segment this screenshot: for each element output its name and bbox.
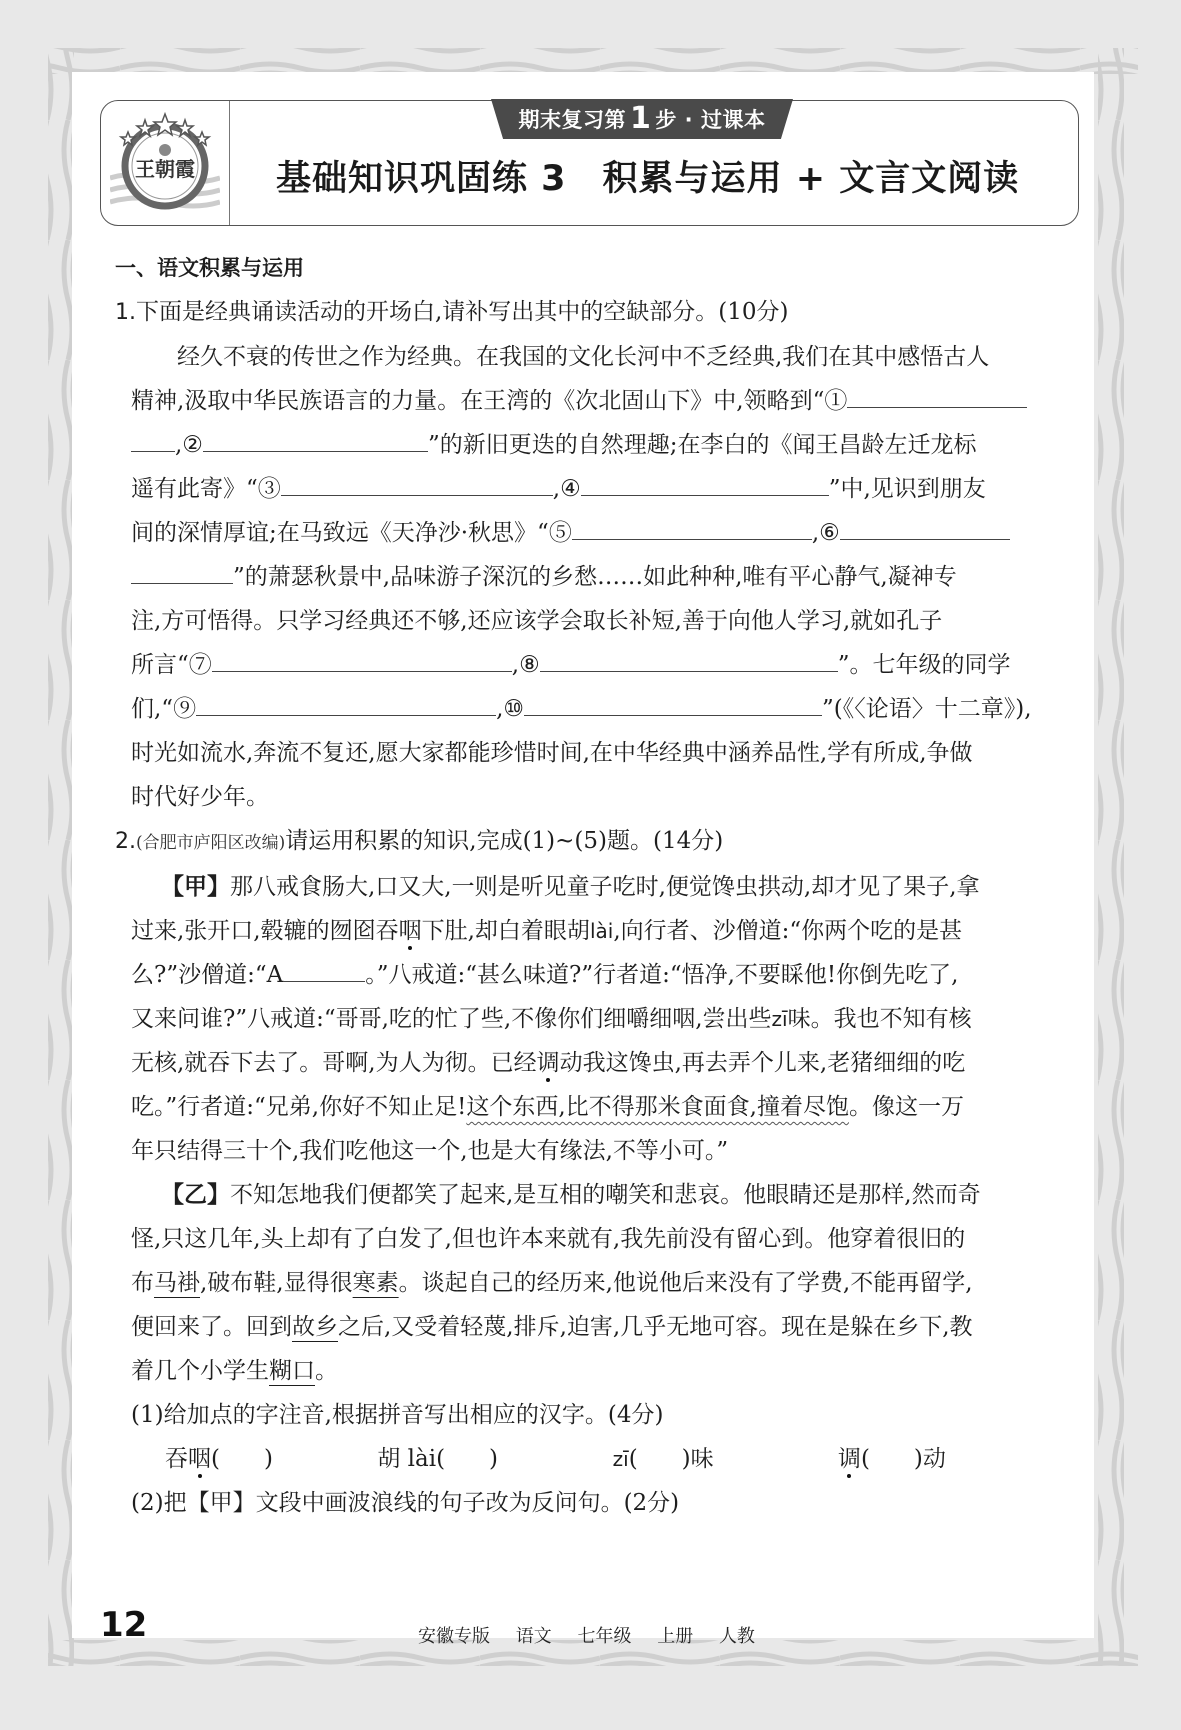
underlined-word: 寒素	[353, 1270, 399, 1296]
passage-text: 过来,张开口,毂辘的囫囵吞	[131, 918, 399, 944]
passage-text: 动我这馋虫,再去弄个儿来,老猪细细的吃	[560, 1050, 966, 1076]
answer-blank-6-cont[interactable]	[131, 555, 233, 584]
answer-blank-5[interactable]	[572, 511, 812, 540]
passage-line: ”。七年级的同学	[838, 652, 1011, 678]
passage-text: ,破布鞋,显得很	[200, 1270, 353, 1296]
title-topic: 积累与运用 + 文言文阅读	[603, 159, 1020, 199]
answer-blank-1[interactable]	[847, 379, 1027, 408]
question-prompt: 下面是经典诵读活动的开场白,请补写出其中的空缺部分。(10分)	[136, 299, 789, 325]
volume-label: 上册	[657, 1626, 693, 1647]
passage-line: 精神,汲取中华民族语言的力量。在王湾的《次北固山下》中,领略到“①	[131, 388, 847, 414]
subquestion-2-prompt: (2)把【甲】文段中画波浪线的句子改为反问句。(2分)	[115, 1481, 1080, 1525]
logo-emblem-icon: 王朝霞	[110, 108, 220, 218]
question-prompt: 请运用积累的知识,完成(1)~(5)题。(14分)	[285, 828, 723, 854]
page-title: 基础知识巩固练 3积累与运用 + 文言文阅读	[276, 151, 1066, 201]
question-source: (合肥市庐阳区改编)	[136, 833, 285, 853]
badge-prefix: 期末复习第	[519, 104, 627, 134]
passage-text: 味。我也不知有核	[788, 1006, 972, 1032]
passage-line: 怪,只这几年,头上却有了白发了,但也许本来就有,我先前没有留心到。他穿着很旧的	[115, 1217, 1080, 1261]
grade-label: 七年级	[577, 1626, 631, 1647]
answer-blank-a[interactable]	[283, 953, 365, 982]
passage-line: ”的新旧更迭的自然理趣;在李白的《闻王昌龄左迁龙标	[428, 432, 977, 458]
passage-text: 着几个小学生	[131, 1358, 269, 1384]
fill-item-4: 调()动	[838, 1437, 946, 1481]
passage-line: ”中,见识到朋友	[829, 476, 986, 502]
passage-line: 不知怎地我们便都笑了起来,是互相的嘲笑和悲哀。他眼睛还是那样,然而奇	[230, 1182, 981, 1208]
passage-line: 们,“⑨	[131, 696, 196, 722]
header-banner: 王朝霞 期末复习第 1 步 · 过课本 基础知识巩固练 3积累与运用 + 文言文…	[100, 100, 1079, 226]
blank-label-8: ,⑧	[512, 652, 540, 678]
fill-item-3: zī()味	[613, 1437, 831, 1481]
passage-text: 。像这一万	[849, 1094, 964, 1120]
review-step-badge: 期末复习第 1 步 · 过课本	[491, 99, 793, 139]
dotted-char: 咽	[399, 918, 422, 944]
underlined-word: 糊口	[269, 1358, 315, 1384]
dotted-char: 调	[537, 1050, 560, 1076]
passage-text: 吃。”行者道:“兄弟,你好不知止足!	[131, 1094, 466, 1120]
fill-item-1: 吞咽()	[165, 1437, 370, 1481]
subquestion-1-prompt: (1)给加点的字注音,根据拼音写出相应的汉字。(4分)	[115, 1393, 1080, 1437]
dotted-char: 调	[838, 1446, 861, 1472]
badge-suffix: 步 · 过课本	[655, 104, 765, 134]
svg-text:王朝霞: 王朝霞	[135, 157, 195, 181]
passage-text: 。”八戒道:“甚么味道?”行者道:“悟净,不要睬他!你倒先吃了,	[365, 962, 958, 988]
publisher-label: 人教	[719, 1626, 755, 1647]
question-number: 1.	[115, 300, 136, 325]
passage-line: 遥有此寄》“③	[131, 476, 281, 502]
section-heading: 一、语文积累与运用	[115, 248, 1080, 288]
passage-text: 之后,又受着轻蔑,排斥,迫害,几乎无地可容。现在是躲在乡下,教	[338, 1314, 973, 1340]
passage-text: 么?”沙僧道:“A	[131, 962, 283, 988]
worksheet-content: 一、语文积累与运用 1.下面是经典诵读活动的开场白,请补写出其中的空缺部分。(1…	[115, 248, 1080, 1525]
passage-text: 无核,就吞下去了。哥啊,为人为彻。已经	[131, 1050, 537, 1076]
passage-text: ,向行者、沙僧道:“你两个吃的是甚	[613, 918, 962, 944]
wavy-underlined-sentence: 这个东西,比不得那米食面食,撞着尽饱	[466, 1094, 849, 1120]
book-info: 安徽专版 语文 七年级 上册 人教	[418, 1622, 775, 1648]
page-number: 12	[100, 1605, 147, 1645]
passage-line: 时代好少年。	[115, 775, 1080, 819]
answer-blank-4[interactable]	[581, 467, 829, 496]
subject-label: 语文	[516, 1626, 552, 1647]
passage-line: ”(《〈论语〉十二章》),	[822, 696, 1032, 722]
pinyin-text: zī	[772, 1007, 788, 1031]
passage-line: 所言“⑦	[131, 652, 212, 678]
question-1: 1.下面是经典诵读活动的开场白,请补写出其中的空缺部分。(10分) 经久不衰的传…	[115, 290, 1080, 819]
answer-blank-9[interactable]	[196, 687, 496, 716]
publisher-logo: 王朝霞	[101, 101, 230, 225]
passage-tag-jia: 【甲】	[161, 874, 230, 900]
blank-label-6: ,⑥	[812, 520, 840, 546]
answer-blank-2[interactable]	[203, 423, 428, 452]
passage-text: 便回来了。回到	[131, 1314, 292, 1340]
passage-text: 。	[315, 1358, 338, 1384]
passage-text: 又来问谁?”八戒道:“哥哥,吃的忙了些,不像你们细嚼细咽,尝出些	[131, 1006, 772, 1032]
underlined-word: 马褂	[154, 1270, 200, 1296]
underlined-word: 故乡	[292, 1314, 338, 1340]
badge-step-number: 1	[630, 104, 651, 134]
passage-text: 下肚,却白着眼胡	[422, 918, 590, 944]
passage-line: ”的萧瑟秋景中,品味游子深沉的乡愁……如此种种,唯有平心静气,凝神专	[233, 564, 957, 590]
passage-line: 时光如流水,奔流不复还,愿大家都能珍惜时间,在中华经典中涵养品性,学有所成,争做	[115, 731, 1080, 775]
blank-label-10: ,⑩	[496, 696, 524, 722]
pinyin-fill-row: 吞咽() 胡 lài() zī()味 调()动	[115, 1437, 1080, 1481]
passage-text: 布	[131, 1270, 154, 1296]
passage-text: 。谈起自己的经历来,他说他后来没有了学费,不能再留学,	[399, 1270, 973, 1296]
passage-line: 那八戒食肠大,口又大,一则是听见童子吃时,便觉馋虫拱动,却才见了果子,拿	[230, 874, 980, 900]
passage-line: 间的深情厚谊;在马致远《天净沙·秋思》“⑤	[131, 520, 572, 546]
dotted-char: 咽	[188, 1446, 211, 1472]
answer-blank-3[interactable]	[281, 467, 553, 496]
pinyin-text: lài	[590, 919, 613, 943]
fill-item-2: 胡 lài()	[377, 1437, 605, 1481]
answer-blank-8[interactable]	[540, 643, 838, 672]
answer-blank-7[interactable]	[212, 643, 512, 672]
blank-label-4: ,④	[553, 476, 581, 502]
answer-blank-1-cont[interactable]	[131, 423, 175, 452]
question-2: 2.(合肥市庐阳区改编)请运用积累的知识,完成(1)~(5)题。(14分) 【甲…	[115, 819, 1080, 1525]
blank-label-2: ,②	[175, 432, 203, 458]
passage-line: 年只结得三十个,我们吃他这一个,也是大有缘法,不等小可。”	[115, 1129, 1080, 1173]
answer-blank-6[interactable]	[840, 511, 1010, 540]
question-number: 2.	[115, 829, 136, 854]
passage-line: 注,方可悟得。只学习经典还不够,还应该学会取长补短,善于向他人学习,就如孔子	[115, 599, 1080, 643]
edition-label: 安徽专版	[418, 1626, 490, 1647]
passage-tag-yi: 【乙】	[161, 1182, 230, 1208]
answer-blank-10[interactable]	[524, 687, 822, 716]
passage-line: 经久不衰的传世之作为经典。在我国的文化长河中不乏经典,我们在其中感悟古人	[115, 335, 1080, 379]
title-exercise: 基础知识巩固练 3	[276, 159, 567, 199]
